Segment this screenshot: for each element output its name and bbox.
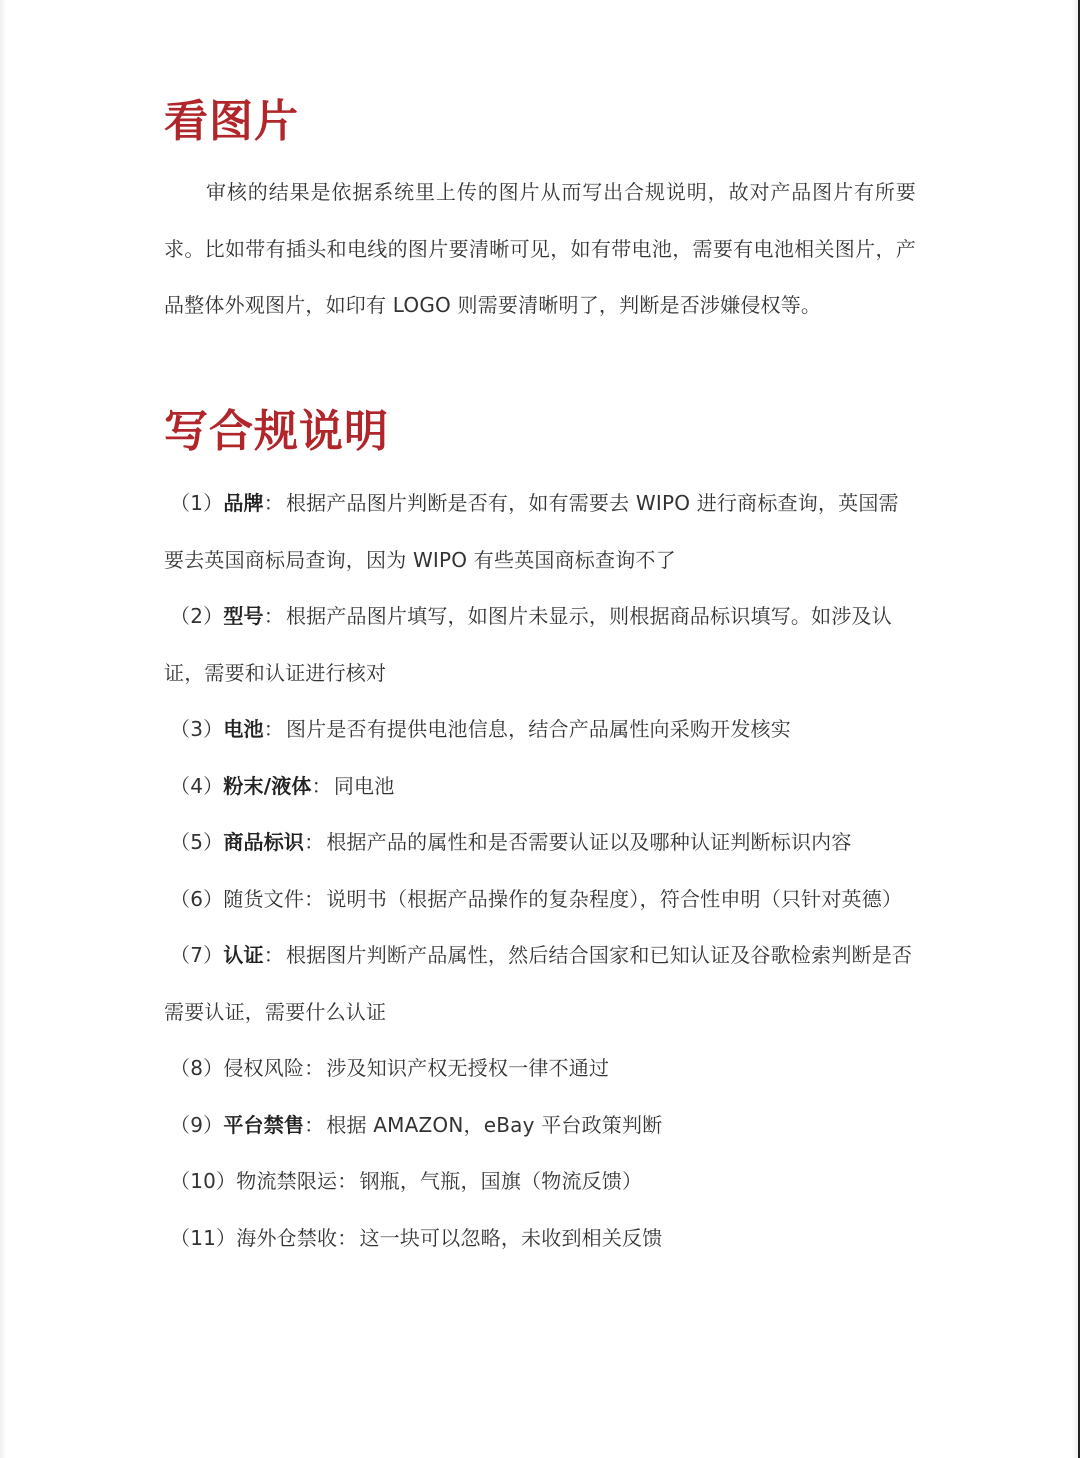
list-item-infringement-risk: （8）侵权风险：涉及知识产权无授权一律不通过 <box>164 1040 916 1097</box>
list-item-overseas-warehouse: （11）海外仓禁收：这一块可以忽略，未收到相关反馈 <box>164 1210 916 1267</box>
item-number: （11） <box>164 1226 236 1250</box>
list-item-product-label: （5）商品标识：根据产品的属性和是否需要认证以及哪种认证判断标识内容 <box>164 814 916 871</box>
item-number: （7） <box>164 943 223 967</box>
list-item-brand: （1）品牌：根据产品图片判断是否有，如有需要去 WIPO 进行商标查询，英国需要… <box>164 475 916 588</box>
item-number: （1） <box>164 491 223 515</box>
item-separator: ： <box>337 1169 357 1193</box>
list-item-battery: （3）电池：图片是否有提供电池信息，结合产品属性向采购开发核实 <box>164 701 916 758</box>
item-text: 说明书（根据产品操作的复杂程度），符合性申明（只针对英德） <box>326 887 902 911</box>
item-separator: ： <box>304 830 324 854</box>
list-item-model: （2）型号：根据产品图片填写，如图片未显示，则根据商品标识填写。如涉及认证，需要… <box>164 588 916 701</box>
list-item-platform-prohibited: （9）平台禁售：根据 AMAZON，eBay 平台政策判断 <box>164 1097 916 1154</box>
item-separator: ： <box>264 604 284 628</box>
item-text: 图片是否有提供电池信息，结合产品属性向采购开发核实 <box>286 717 791 741</box>
item-text: 根据 AMAZON，eBay 平台政策判断 <box>326 1113 662 1137</box>
section-paragraph-view-images: 审核的结果是依据系统里上传的图片从而写出合规说明，故对产品图片有所要求。比如带有… <box>164 164 916 334</box>
item-label: 认证 <box>223 943 263 967</box>
list-item-powder-liquid: （4）粉末/液体：同电池 <box>164 758 916 815</box>
item-separator: ： <box>304 887 324 911</box>
item-number: （6） <box>164 887 223 911</box>
section-heading-compliance-notes: 写合规说明 <box>164 406 389 458</box>
item-separator: ： <box>337 1226 357 1250</box>
item-separator: ： <box>264 717 284 741</box>
item-label: 物流禁限运 <box>236 1169 337 1193</box>
list-item-logistics-restricted: （10）物流禁限运：钢瓶，气瓶，国旗（物流反馈） <box>164 1153 916 1210</box>
item-label: 型号 <box>223 604 263 628</box>
item-text: 同电池 <box>334 774 395 798</box>
item-label: 品牌 <box>223 491 263 515</box>
item-text: 涉及知识产权无授权一律不通过 <box>326 1056 609 1080</box>
section-heading-view-images: 看图片 <box>164 96 299 148</box>
item-separator: ： <box>264 491 284 515</box>
item-label: 海外仓禁收 <box>236 1226 337 1250</box>
item-number: （4） <box>164 774 223 798</box>
item-separator: ： <box>304 1113 324 1137</box>
compliance-items-list: （1）品牌：根据产品图片判断是否有，如有需要去 WIPO 进行商标查询，英国需要… <box>164 475 916 1266</box>
item-label: 随货文件 <box>223 887 304 911</box>
item-number: （2） <box>164 604 223 628</box>
item-label: 电池 <box>223 717 263 741</box>
item-label: 侵权风险 <box>223 1056 304 1080</box>
list-item-certification: （7）认证：根据图片判断产品属性，然后结合国家和已知认证及谷歌检索判断是否需要认… <box>164 927 916 1040</box>
item-number: （5） <box>164 830 223 854</box>
item-number: （3） <box>164 717 223 741</box>
item-number: （8） <box>164 1056 223 1080</box>
item-separator: ： <box>312 774 332 798</box>
item-separator: ： <box>304 1056 324 1080</box>
item-number: （10） <box>164 1169 236 1193</box>
item-separator: ： <box>264 943 284 967</box>
item-label: 平台禁售 <box>223 1113 304 1137</box>
page-edge-shadow-left <box>0 0 6 1458</box>
item-text: 根据产品的属性和是否需要认证以及哪种认证判断标识内容 <box>326 830 851 854</box>
item-text: 这一块可以忽略，未收到相关反馈 <box>359 1226 662 1250</box>
item-number: （9） <box>164 1113 223 1137</box>
item-label: 商品标识 <box>223 830 304 854</box>
item-text: 钢瓶，气瓶，国旗（物流反馈） <box>359 1169 642 1193</box>
list-item-accompanying-docs: （6）随货文件：说明书（根据产品操作的复杂程度），符合性申明（只针对英德） <box>164 871 916 928</box>
item-label: 粉末/液体 <box>223 774 311 798</box>
